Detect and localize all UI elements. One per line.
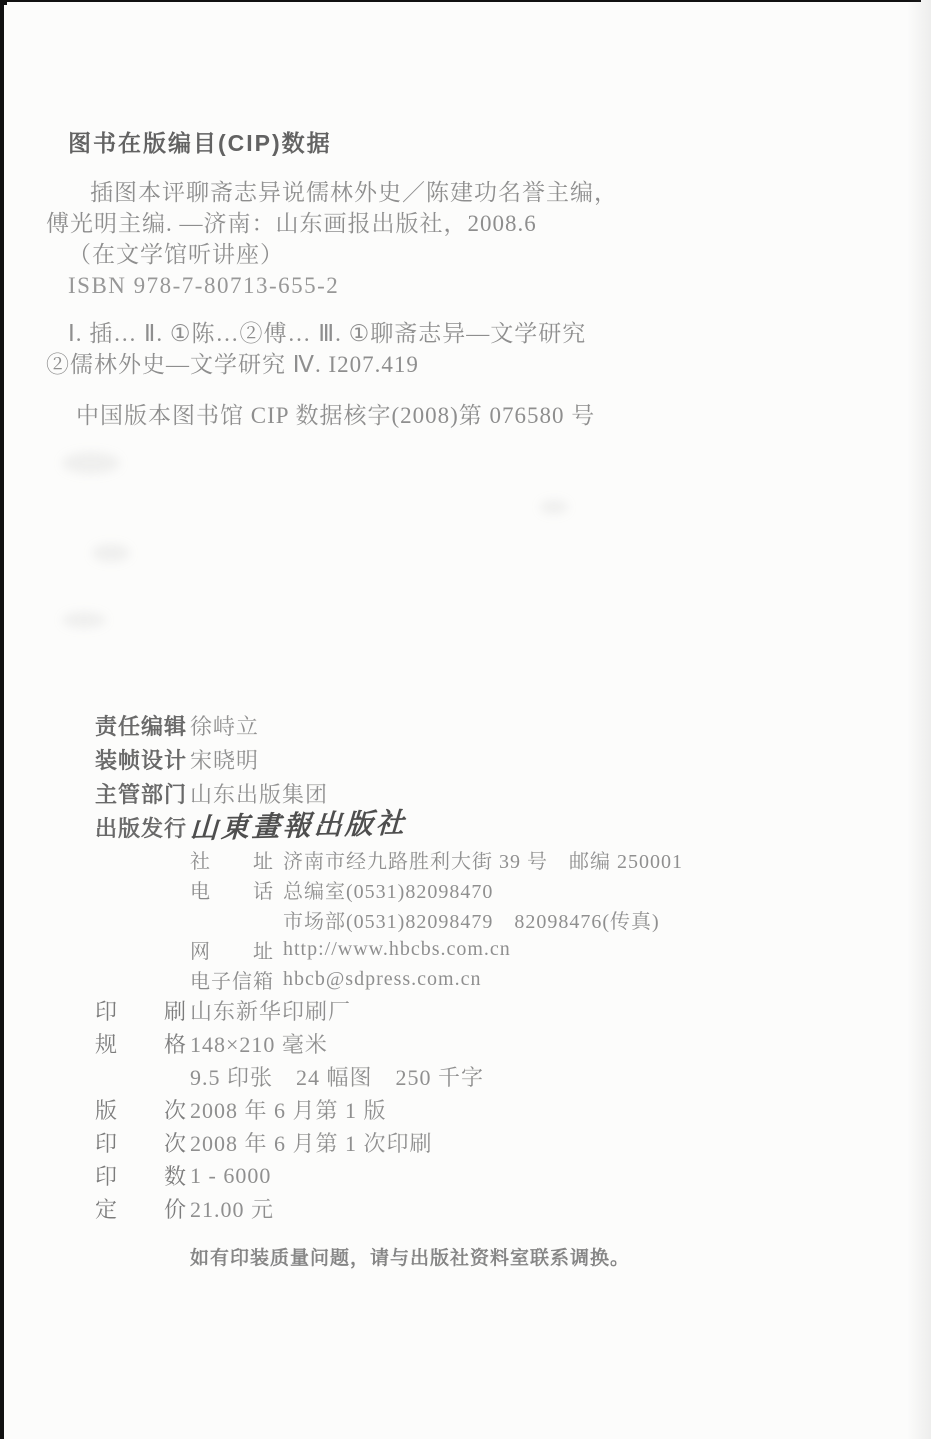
scan-edge-top: [0, 0, 921, 2]
colophon-block: 责任编辑 徐峙立 装帧设计 宋晓明 主管部门 山东出版集团 出版发行 山東畫報出…: [95, 708, 855, 1225]
cip-classification-line-2: ②儒林外史—文学研究 Ⅳ. I207.419: [46, 349, 746, 380]
designer-name: 宋晓明: [190, 744, 259, 775]
colophon-row-printer: 印 刷 山东新华印刷厂: [95, 994, 855, 1027]
format-value-2: 9.5 印张 24 幅图 250 千字: [190, 1061, 484, 1092]
colophon-row-designer: 装帧设计 宋晓明: [95, 742, 855, 776]
colophon-row-edition: 版 次 2008 年 6 月第 1 版: [95, 1093, 855, 1126]
phone-value-2: 市场部(0531)82098479 82098476(传真): [283, 905, 660, 934]
quality-notice: 如有印装质量问题，请与出版社资料室联系调换。: [190, 1243, 630, 1270]
price-value: 21.00 元: [190, 1193, 274, 1224]
colophon-row-print-run: 印 数 1 - 6000: [95, 1159, 855, 1192]
print-run-value: 1 - 6000: [190, 1163, 271, 1189]
colophon-row-format-2: 9.5 印张 24 幅图 250 千字: [95, 1060, 855, 1093]
book-copyright-page: 图书在版编目(CIP)数据 插图本评聊斋志异说儒林外史／陈建功名誉主编， 傅光明…: [0, 0, 931, 1439]
cip-data-block: 图书在版编目(CIP)数据 插图本评聊斋志异说儒林外史／陈建功名誉主编， 傅光明…: [46, 128, 746, 431]
supervisor-label: 主管部门: [95, 778, 183, 809]
address-label: 社 址: [190, 845, 274, 874]
cip-record-number: 中国版本图书馆 CIP 数据核字(2008)第 076580 号: [76, 400, 746, 431]
colophon-row-format: 规 格 148×210 毫米: [95, 1027, 855, 1060]
editor-name: 徐峙立: [190, 710, 259, 741]
scan-edge-left: [0, 0, 4, 1439]
format-value: 148×210 毫米: [190, 1028, 328, 1059]
colophon-row-phone: 电 话 总编室(0531)82098470: [190, 874, 855, 904]
publisher-logotype: 山東畫報出版社: [189, 801, 408, 847]
scan-smudge: [62, 452, 120, 474]
colophon-row-price: 定 价 21.00 元: [95, 1192, 855, 1225]
scan-smudge: [62, 612, 106, 628]
cip-classification-line-1: Ⅰ. 插… Ⅱ. ①陈…②傅… Ⅲ. ①聊斋志异—文学研究: [68, 318, 746, 349]
cip-header: 图书在版编目(CIP)数据: [68, 128, 746, 159]
edition-value: 2008 年 6 月第 1 版: [190, 1094, 387, 1125]
publisher-label: 出版发行: [95, 812, 183, 843]
scan-smudge: [92, 544, 130, 562]
colophon-row-phone-2: 市场部(0531)82098479 82098476(传真): [190, 904, 855, 934]
cip-citation-line-2: 傅光明主编. —济南：山东画报出版社，2008.6: [46, 208, 746, 239]
scan-smudge: [540, 500, 568, 514]
scan-corner-notch: [0, 0, 7, 5]
colophon-row-supervisor: 主管部门 山东出版集团: [95, 776, 855, 810]
edition-label: 版 次: [95, 1094, 183, 1125]
colophon-row-email: 电子信箱 hbcb@sdpress.com.cn: [190, 964, 855, 994]
impression-label: 印 次: [95, 1127, 183, 1158]
cip-series-note: （在文学馆听讲座）: [68, 239, 746, 270]
colophon-row-impression: 印 次 2008 年 6 月第 1 次印刷: [95, 1126, 855, 1159]
editor-label: 责任编辑: [95, 710, 183, 741]
printer-label: 印 刷: [95, 995, 183, 1026]
address-value: 济南市经九路胜利大街 39 号 邮编 250001: [283, 845, 683, 874]
email-label: 电子信箱: [190, 965, 274, 994]
colophon-row-publisher: 出版发行 山東畫報出版社: [95, 810, 855, 844]
phone-value-1: 总编室(0531)82098470: [283, 875, 493, 904]
colophon-row-website: 网 址 http://www.hbcbs.com.cn: [190, 934, 855, 964]
colophon-row-address: 社 址 济南市经九路胜利大街 39 号 邮编 250001: [190, 844, 855, 874]
website-label: 网 址: [190, 935, 274, 964]
colophon-row-editor: 责任编辑 徐峙立: [95, 708, 855, 742]
scan-right-shadow: [907, 0, 931, 1439]
isbn-number: ISBN 978-7-80713-655-2: [68, 270, 746, 301]
website-url: http://www.hbcbs.com.cn: [283, 938, 511, 961]
designer-label: 装帧设计: [95, 744, 183, 775]
format-label: 规 格: [95, 1028, 183, 1059]
printer-name: 山东新华印刷厂: [190, 995, 351, 1026]
phone-label: 电 话: [190, 875, 274, 904]
print-run-label: 印 数: [95, 1160, 183, 1191]
impression-value: 2008 年 6 月第 1 次印刷: [190, 1127, 433, 1158]
price-label: 定 价: [95, 1193, 183, 1224]
email-address: hbcb@sdpress.com.cn: [283, 968, 482, 991]
cip-citation-line-1: 插图本评聊斋志异说儒林外史／陈建功名誉主编，: [90, 177, 746, 208]
